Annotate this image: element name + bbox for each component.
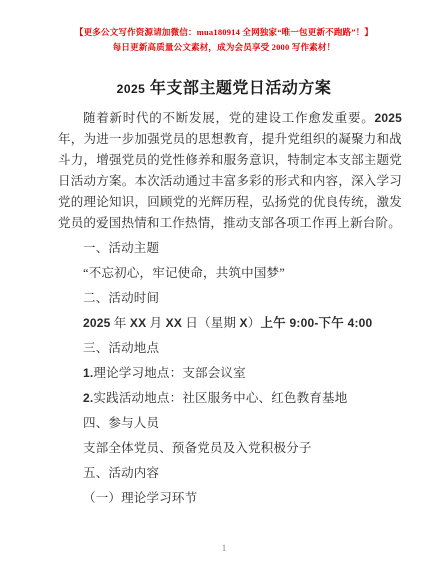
paragraph: 一、活动主题 [58,238,402,259]
paragraph: 2.实践活动地点：社区服务中心、红色教育基地 [58,388,402,409]
watermark-line2: 每日更新高质量公文素材，成为会员享受 2000 写作素材！ [0,40,448,55]
paragraph: “不忘初心，牢记使命，共筑中国梦” [58,263,402,284]
latin-text: 1. [83,366,93,380]
paragraph: 三、活动地点 [58,338,402,359]
latin-text: 2025 [375,111,403,125]
paragraph: 五、活动内容 [58,463,402,484]
paragraph: 支部全体党员、预备党员及入党积极分子 [58,438,402,459]
document-body: 随着新时代的不断发展，党的建设工作愈发重要。2025 年，为进一步加强党员的思想… [58,108,402,509]
latin-text: 9:00- [290,316,319,330]
watermark: 【更多公文写作资源请加微信：mua180914 全网独家“唯一包更新不跑路”！】… [0,25,448,55]
paragraph: 1.理论学习地点：支部会议室 [58,363,402,384]
latin-text: 2025 [83,316,111,330]
page-number: 1 [0,544,448,554]
paragraph: （一）理论学习环节 [58,488,402,509]
paragraph: 二、活动时间 [58,288,402,309]
latin-text: 4:00 [348,316,373,330]
latin-text: 2. [83,391,93,405]
paragraph: 2025 年 XX 月 XX 日（星期 X）上午 9:00-下午 4:00 [58,313,402,334]
latin-text: X [240,316,248,330]
latin-text: XX [166,316,182,330]
latin-text: XX [130,316,146,330]
paragraph: 随着新时代的不断发展，党的建设工作愈发重要。2025 年，为进一步加强党员的思想… [58,108,402,234]
watermark-line1: 【更多公文写作资源请加微信：mua180914 全网独家“唯一包更新不跑路”！】 [0,25,448,40]
latin-text: 2025 [117,82,146,96]
document-page: 【更多公文写作资源请加微信：mua180914 全网独家“唯一包更新不跑路”！】… [0,0,448,580]
document-title: 2025 年支部主题党日活动方案 [0,78,448,100]
paragraph: 四、参与人员 [58,413,402,434]
